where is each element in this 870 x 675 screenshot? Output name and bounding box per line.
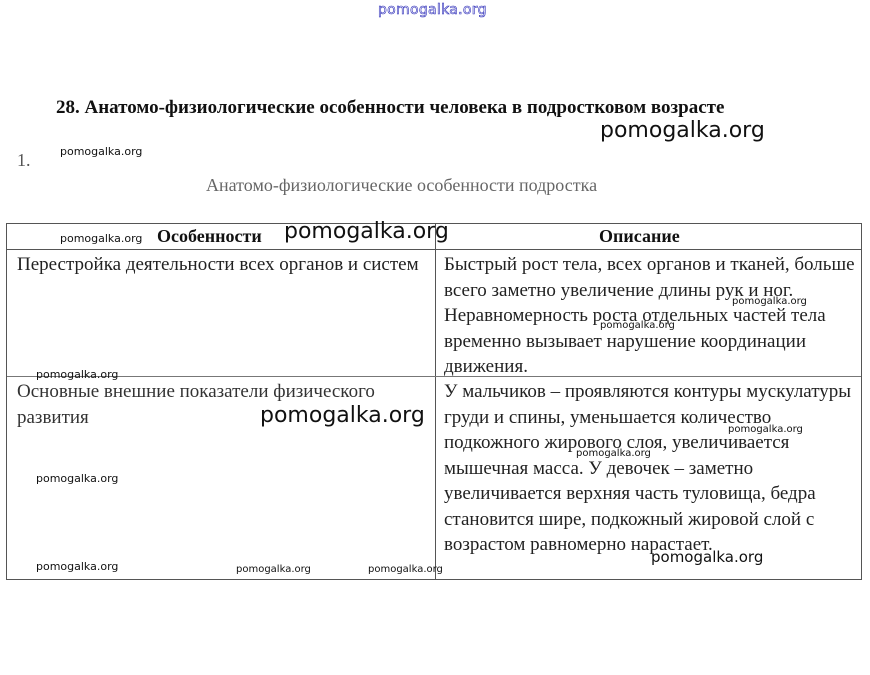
watermark: pomogalka.org [368,564,443,575]
column-divider [435,224,436,579]
header-divider [7,249,861,250]
watermark: pomogalka.org [36,560,118,573]
watermark: pomogalka.org [60,145,142,158]
table-row-1-feature: Перестройка деятельности всех органов и … [17,252,427,278]
watermark: pomogalka.org [236,564,311,575]
watermark: pomogalka.org [36,472,118,485]
watermark: pomogalka.org [260,403,425,428]
watermark: pomogalka.org [728,424,803,435]
watermark: pomogalka.org [576,448,651,459]
table-row-2-description: У мальчиков – проявляются контуры мускул… [444,379,859,558]
column-header-features: Особенности [157,226,262,247]
watermark: pomogalka.org [284,219,449,244]
page-title: 28. Анатомо-физиологические особенности … [56,97,724,119]
watermark: pomogalka.org [60,232,142,245]
watermark: pomogalka.org [36,368,118,381]
table-row-1-description: Быстрый рост тела, всех органов и тканей… [444,252,859,380]
table-caption: Анатомо-физиологические особенности подр… [206,175,597,196]
watermark: pomogalka.org [600,118,765,143]
watermark: pomogalka.org [600,320,675,331]
watermark: pomogalka.org [651,548,763,566]
features-table: Особенности Описание Перестройка деятель… [6,223,862,580]
watermark: pomogalka.org [732,296,807,307]
site-link[interactable]: pomogalka.org [378,2,487,18]
item-number: 1. [17,150,31,171]
column-header-description: Описание [599,226,680,247]
